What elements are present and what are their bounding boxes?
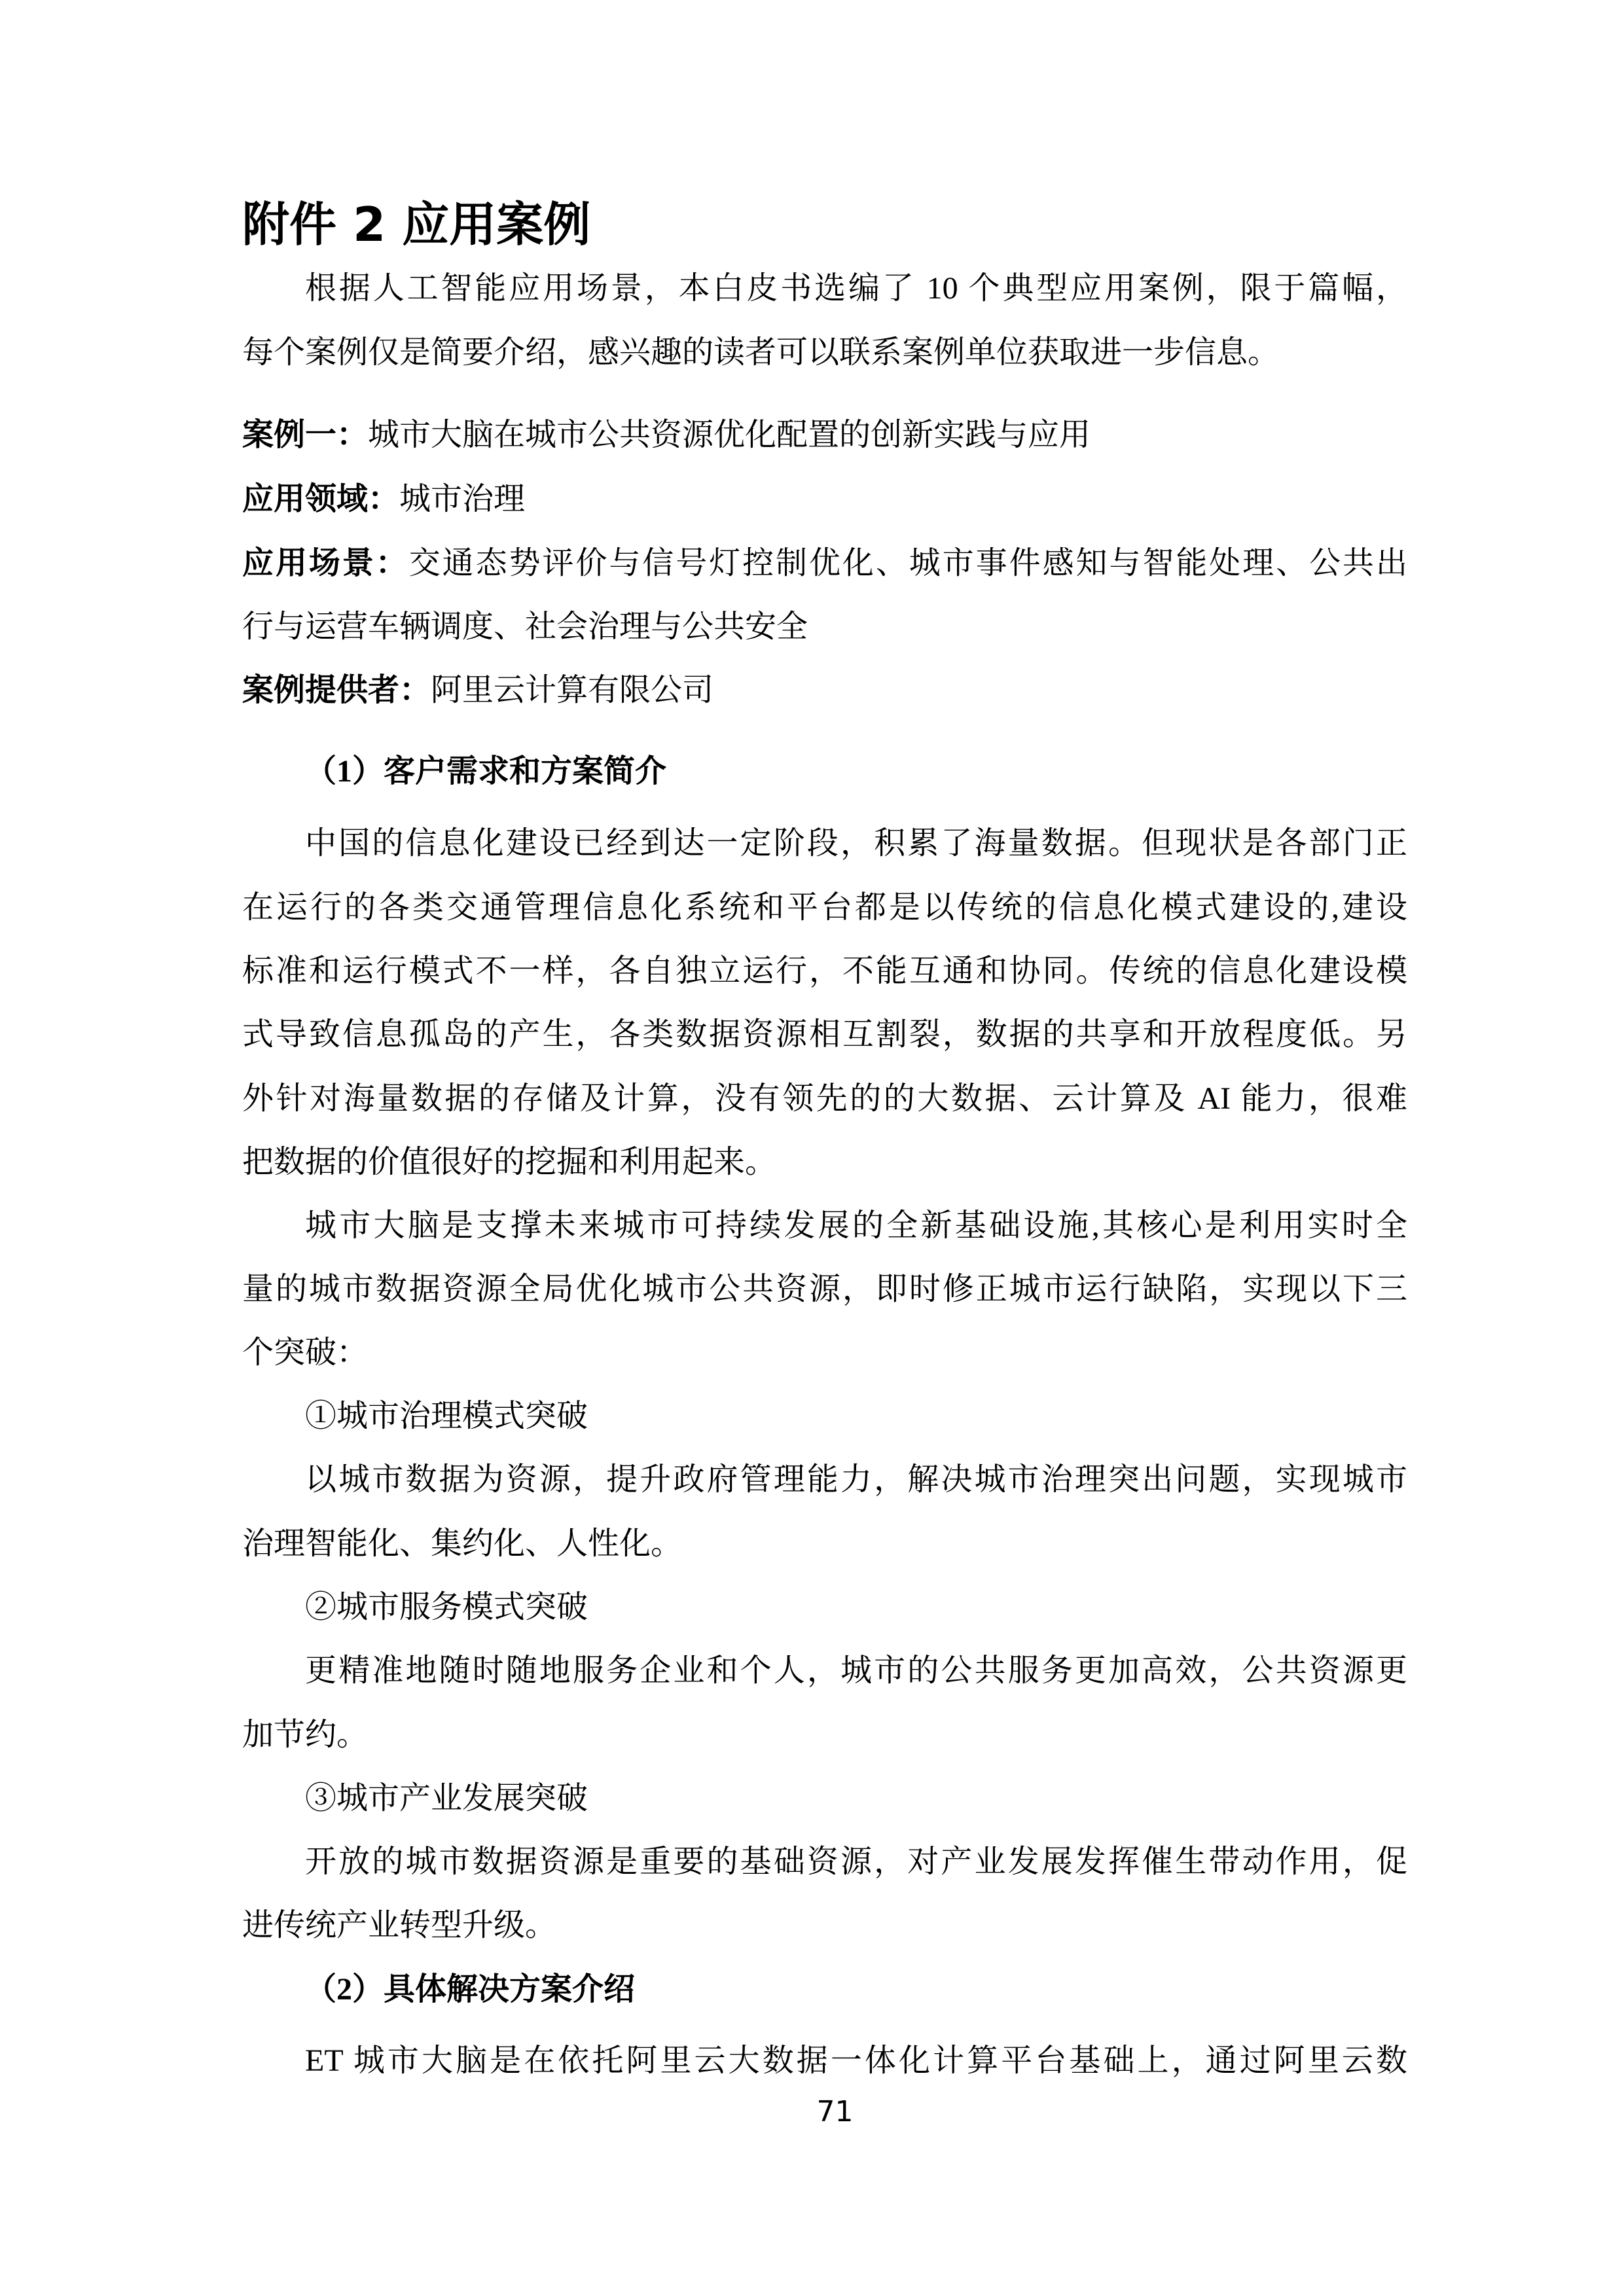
breakthrough1-line-1: 以城市数据为资源，提升政府管理能力，解决城市治理突出问题，实现城市 [242, 1460, 1407, 1500]
intro-line-1: 根据人工智能应用场景，本白皮书选编了 10 个典型应用案例，限于篇幅， [242, 268, 1407, 309]
application-scene-line-2: 行与运营车辆调度、社会治理与公共安全 [242, 607, 1407, 647]
application-scene-label: 应用场景： [242, 546, 409, 581]
application-domain-label: 应用领域： [242, 482, 399, 516]
breakthrough2-line-2: 加节约。 [242, 1715, 1407, 1755]
breakthrough3-line-1: 开放的城市数据资源是重要的基础资源，对产业发展发挥催生带动作用，促 [242, 1842, 1407, 1882]
case-provider-line: 案例提供者：阿里云计算有限公司 [242, 670, 1407, 711]
section2-heading: （2）具体解决方案介绍 [242, 1969, 1407, 2010]
section1-para1-line-3: 标准和运行模式不一样，各自独立运行，不能互通和协同。传统的信息化建设模 [242, 951, 1407, 992]
case-provider-label: 案例提供者： [242, 673, 431, 708]
section1-heading: （1）客户需求和方案简介 [242, 751, 1407, 792]
application-domain-line: 应用领域：城市治理 [242, 479, 1407, 520]
application-scene-value-1: 交通态势评价与信号灯控制优化、城市事件感知与智能处理、公共出 [409, 546, 1407, 581]
page-number: 71 [0, 2096, 1624, 2128]
page-title: 附件 2 应用案例 [242, 196, 590, 253]
breakthrough1-line-2: 治理智能化、集约化、人性化。 [242, 1524, 1407, 1564]
case-title-line: 案例一：城市大脑在城市公共资源优化配置的创新实践与应用 [242, 415, 1407, 456]
section1-para1-line-1: 中国的信息化建设已经到达一定阶段，积累了海量数据。但现状是各部门正 [242, 823, 1407, 864]
section1-para2-line-2: 量的城市数据资源全局优化城市公共资源，即时修正城市运行缺陷，实现以下三 [242, 1269, 1407, 1310]
application-scene-line-1: 应用场景：交通态势评价与信号灯控制优化、城市事件感知与智能处理、公共出 [242, 543, 1407, 584]
section1-para1-line-2: 在运行的各类交通管理信息化系统和平台都是以传统的信息化模式建设的,建设 [242, 888, 1407, 928]
section2-para1-line-1: ET 城市大脑是在依托阿里云大数据一体化计算平台基础上，通过阿里云数 [242, 2041, 1407, 2081]
application-domain-value: 城市治理 [399, 482, 525, 516]
section1-para1-line-4: 式导致信息孤岛的产生，各类数据资源相互割裂，数据的共享和开放程度低。另 [242, 1014, 1407, 1055]
breakthrough3-line-2: 进传统产业转型升级。 [242, 1905, 1407, 1946]
intro-line-2: 每个案例仅是简要介绍，感兴趣的读者可以联系案例单位获取进一步信息。 [242, 332, 1407, 373]
section1-para2-line-1: 城市大脑是支撑未来城市可持续发展的全新基础设施,其核心是利用实时全 [242, 1206, 1407, 1246]
section1-para1-line-5: 外针对海量数据的存储及计算，没有领先的的大数据、云计算及 AI 能力，很难 [242, 1079, 1407, 1119]
document-page: 附件 2 应用案例 根据人工智能应用场景，本白皮书选编了 10 个典型应用案例，… [0, 0, 1624, 2296]
section1-para2-line-3: 个突破： [242, 1333, 1407, 1373]
case-label: 案例一： [242, 418, 368, 452]
breakthrough3-title: ③城市产业发展突破 [242, 1778, 1407, 1819]
section1-para1-line-6: 把数据的价值很好的挖掘和利用起来。 [242, 1142, 1407, 1183]
breakthrough1-title: ①城市治理模式突破 [242, 1396, 1407, 1437]
case-provider-value: 阿里云计算有限公司 [431, 673, 713, 708]
breakthrough2-line-1: 更精准地随时随地服务企业和个人，城市的公共服务更加高效，公共资源更 [242, 1651, 1407, 1691]
breakthrough2-title: ②城市服务模式突破 [242, 1587, 1407, 1628]
case-title-text: 城市大脑在城市公共资源优化配置的创新实践与应用 [368, 418, 1091, 452]
